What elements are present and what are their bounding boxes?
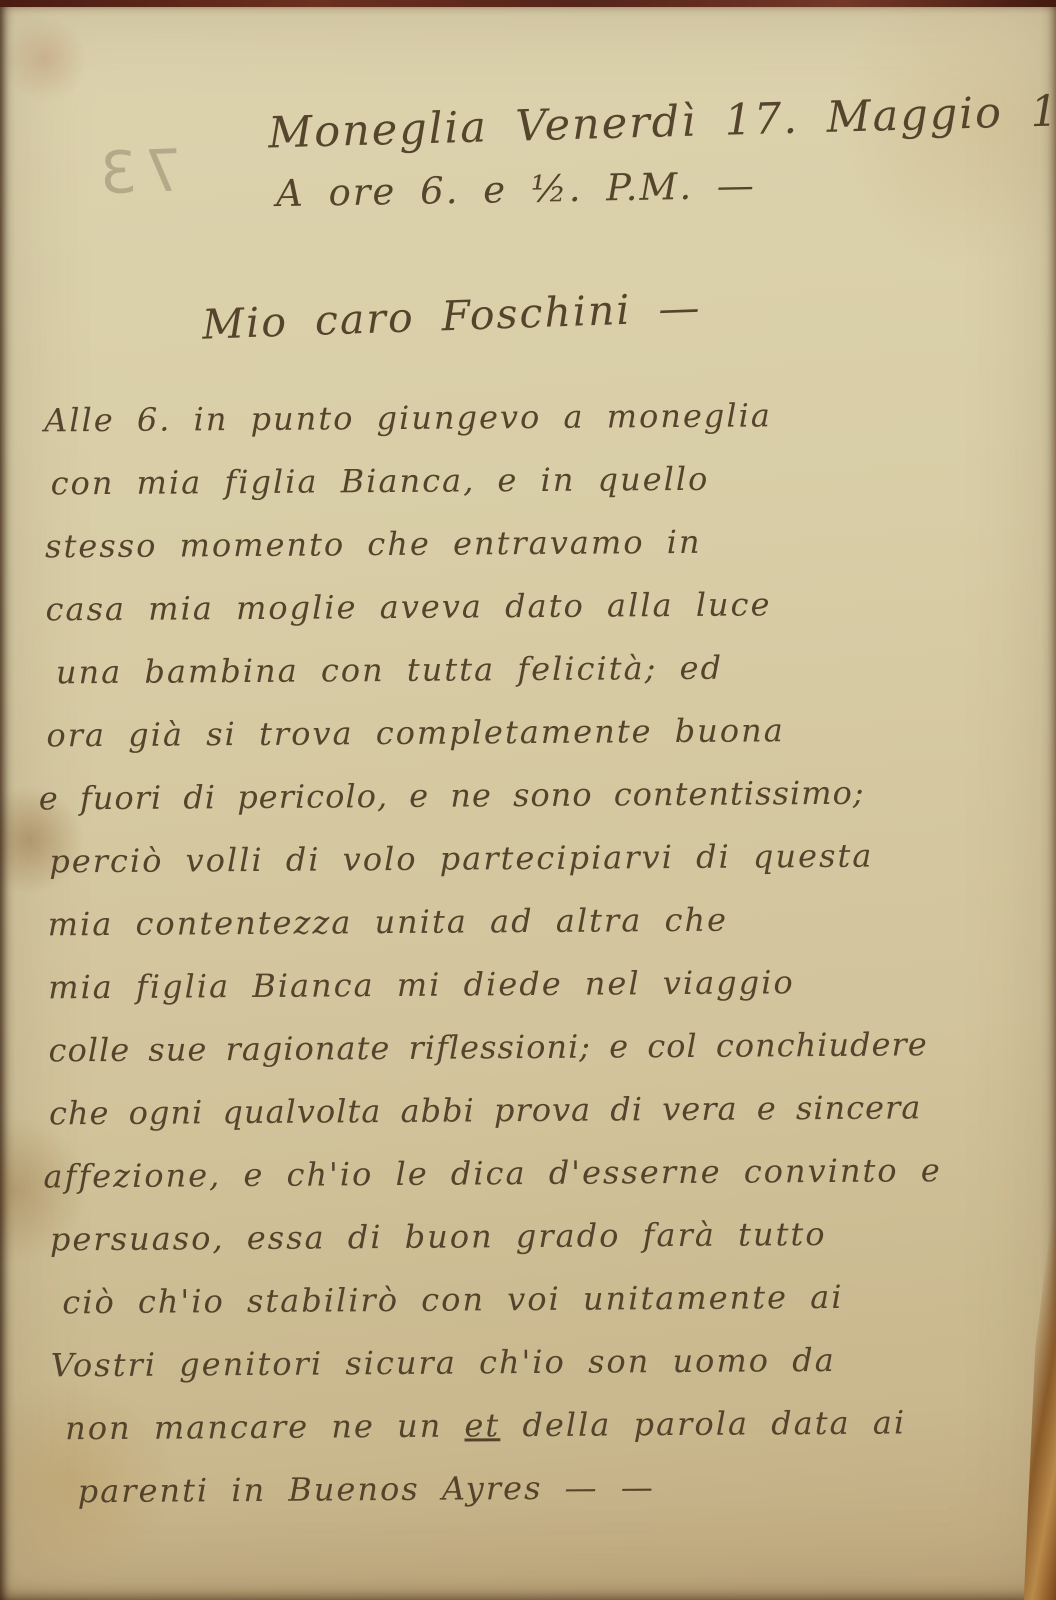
manuscript-line: una bambina con tutta felicità; ed [56,647,1026,717]
manuscript-line: persuaso, essa di buon grado farà tutto [50,1214,1030,1284]
manuscript-line: casa mia moglie aveva dato alla luce [45,584,1025,654]
time-line: A ore 6. e ½. P.M. — [276,164,756,215]
letter-photograph: 73 Moneglia Venerdì 17. Maggio 1861. A o… [0,0,1056,1600]
manuscript-line: che ogni qualvolta abbi prova di vera e … [49,1088,1029,1158]
salutation: Mio caro Foschini — [201,283,702,348]
manuscript-line: parenti in Buenos Ayres — — [78,1466,1032,1536]
manuscript-line: ora già si trova completamente buona [46,710,1026,780]
manuscript-line: affezione, e ch'io le dica d'esserne con… [43,1151,1029,1221]
manuscript-line: Alle 6. in punto giungevo a moneglia [44,395,1024,465]
letter-paper: 73 Moneglia Venerdì 17. Maggio 1861. A o… [0,0,1056,1600]
manuscript-line: non mancare ne un et della parola data a… [65,1403,1031,1473]
underlined-word: et [464,1406,500,1444]
page-number-stamp: 73 [91,136,183,207]
manuscript-line: colle sue ragionate riflessioni; e col c… [48,1025,1028,1095]
manuscript-line: perciò volli di volo partecipiarvi di qu… [49,836,1027,906]
dateline: Moneglia Venerdì 17. Maggio 1861. [267,84,1056,159]
photo-top-edge [0,0,1056,7]
manuscript-line: mia figlia Bianca mi diede nel viaggio [48,962,1028,1032]
manuscript-line: mia contentezza unita ad altra che [48,899,1028,969]
manuscript-line: e fuori di pericolo, e ne sono contentis… [39,773,1027,843]
manuscript-line: ciò ch'io stabilirò con voi unitamente a… [62,1277,1030,1347]
manuscript-line: Vostri genitori sicura ch'io son uomo da [51,1340,1031,1410]
manuscript-line: stesso momento che entravamo in [45,521,1025,591]
letter-body: Alle 6. in punto giungevo a monegliacon … [44,395,1032,1536]
manuscript-line: con mia figlia Bianca, e in quello [50,458,1024,528]
